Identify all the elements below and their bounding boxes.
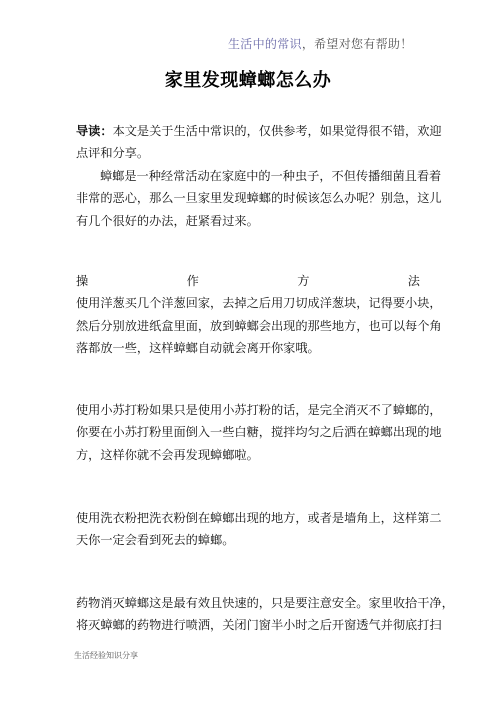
method-line: 然后分别放进纸盒里面，放到蟑螂会出现的那些地方，也可以每个角 bbox=[76, 315, 422, 337]
intro-line-2: 点评和分享。 bbox=[76, 142, 422, 164]
method-line: 将灭蟑螂的药物进行喷洒，关闭门窗半小时之后开窗透气并彻底打扫 bbox=[76, 614, 422, 636]
method-line: 方，这样你就不会再发现蟑螂啦。 bbox=[76, 444, 422, 466]
heading-char: 作 bbox=[187, 270, 199, 292]
method-line: 天你一定会看到死去的蟑螂。 bbox=[76, 529, 422, 551]
page-header: 生活中的常识，希望对您有帮助！ bbox=[228, 35, 413, 52]
heading-char: 方 bbox=[297, 270, 309, 292]
method-line: 使用洗衣粉把洗衣粉倒在蟑螂出现的地方，或者是墙角上，这样第二 bbox=[76, 507, 422, 529]
method-line: 你要在小苏打粉里面倒入一些白糖，搅拌均匀之后洒在蟑螂出现的地 bbox=[76, 421, 422, 443]
header-rest-text: ，希望对您有帮助！ bbox=[302, 37, 413, 51]
paragraph-line: 有几个很好的办法，赶紧看过来。 bbox=[76, 210, 422, 232]
paragraph-intro: 蟑螂是一种经常活动在家庭中的一种虫子，不但传播细菌且看着 非常的恶心，那么一旦家… bbox=[76, 165, 422, 232]
document-page: 生活中的常识，希望对您有帮助！ 家里发现蟑螂怎么办 导读：本文是关于生活中常识的… bbox=[0, 0, 496, 702]
section-heading: 操 作 方 法 使用洋葱买几个洋葱回家，去掉之后用刀切成洋葱块，记得要小块， 然… bbox=[76, 270, 422, 359]
method-baking-soda: 使用小苏打粉如果只是使用小苏打粉的话，是完全消灭不了蟑螂的， 你要在小苏打粉里面… bbox=[76, 399, 422, 466]
method-line: 使用洋葱买几个洋葱回家，去掉之后用刀切成洋葱块，记得要小块， bbox=[76, 292, 422, 314]
intro-line-1: 导读：本文是关于生活中常识的，仅供参考，如果觉得很不错，欢迎 bbox=[76, 120, 422, 142]
method-line: 使用小苏打粉如果只是使用小苏打粉的话，是完全消灭不了蟑螂的， bbox=[76, 399, 422, 421]
document-title: 家里发现蟑螂怎么办 bbox=[0, 66, 496, 92]
paragraph-line: 蟑螂是一种经常活动在家庭中的一种虫子，不但传播细菌且看着 bbox=[76, 165, 422, 187]
intro-label: 导读： bbox=[76, 124, 113, 138]
intro-block: 导读：本文是关于生活中常识的，仅供参考，如果觉得很不错，欢迎 点评和分享。 bbox=[76, 120, 422, 165]
heading-char: 操 bbox=[76, 270, 88, 292]
method-pesticide: 药物消灭蟑螂这是最有效且快速的，只是要注意安全。家里收拾干净， 将灭蟑螂的药物进… bbox=[76, 592, 422, 637]
method-line: 药物消灭蟑螂这是最有效且快速的，只是要注意安全。家里收拾干净， bbox=[76, 592, 422, 614]
method-detergent: 使用洗衣粉把洗衣粉倒在蟑螂出现的地方，或者是墙角上，这样第二 天你一定会看到死去… bbox=[76, 507, 422, 552]
paragraph-line: 非常的恶心，那么一旦家里发现蟑螂的时候该怎么办呢？别急，这儿 bbox=[76, 187, 422, 209]
page-footer: 生活经验知识分享 bbox=[74, 650, 138, 661]
header-accent-text: 生活中的常识 bbox=[228, 37, 302, 51]
heading-char: 法 bbox=[408, 270, 420, 292]
method-line: 落都放一些，这样蟑螂自动就会离开你家哦。 bbox=[76, 337, 422, 359]
intro-text: 本文是关于生活中常识的，仅供参考，如果觉得很不错，欢迎 bbox=[113, 124, 442, 138]
